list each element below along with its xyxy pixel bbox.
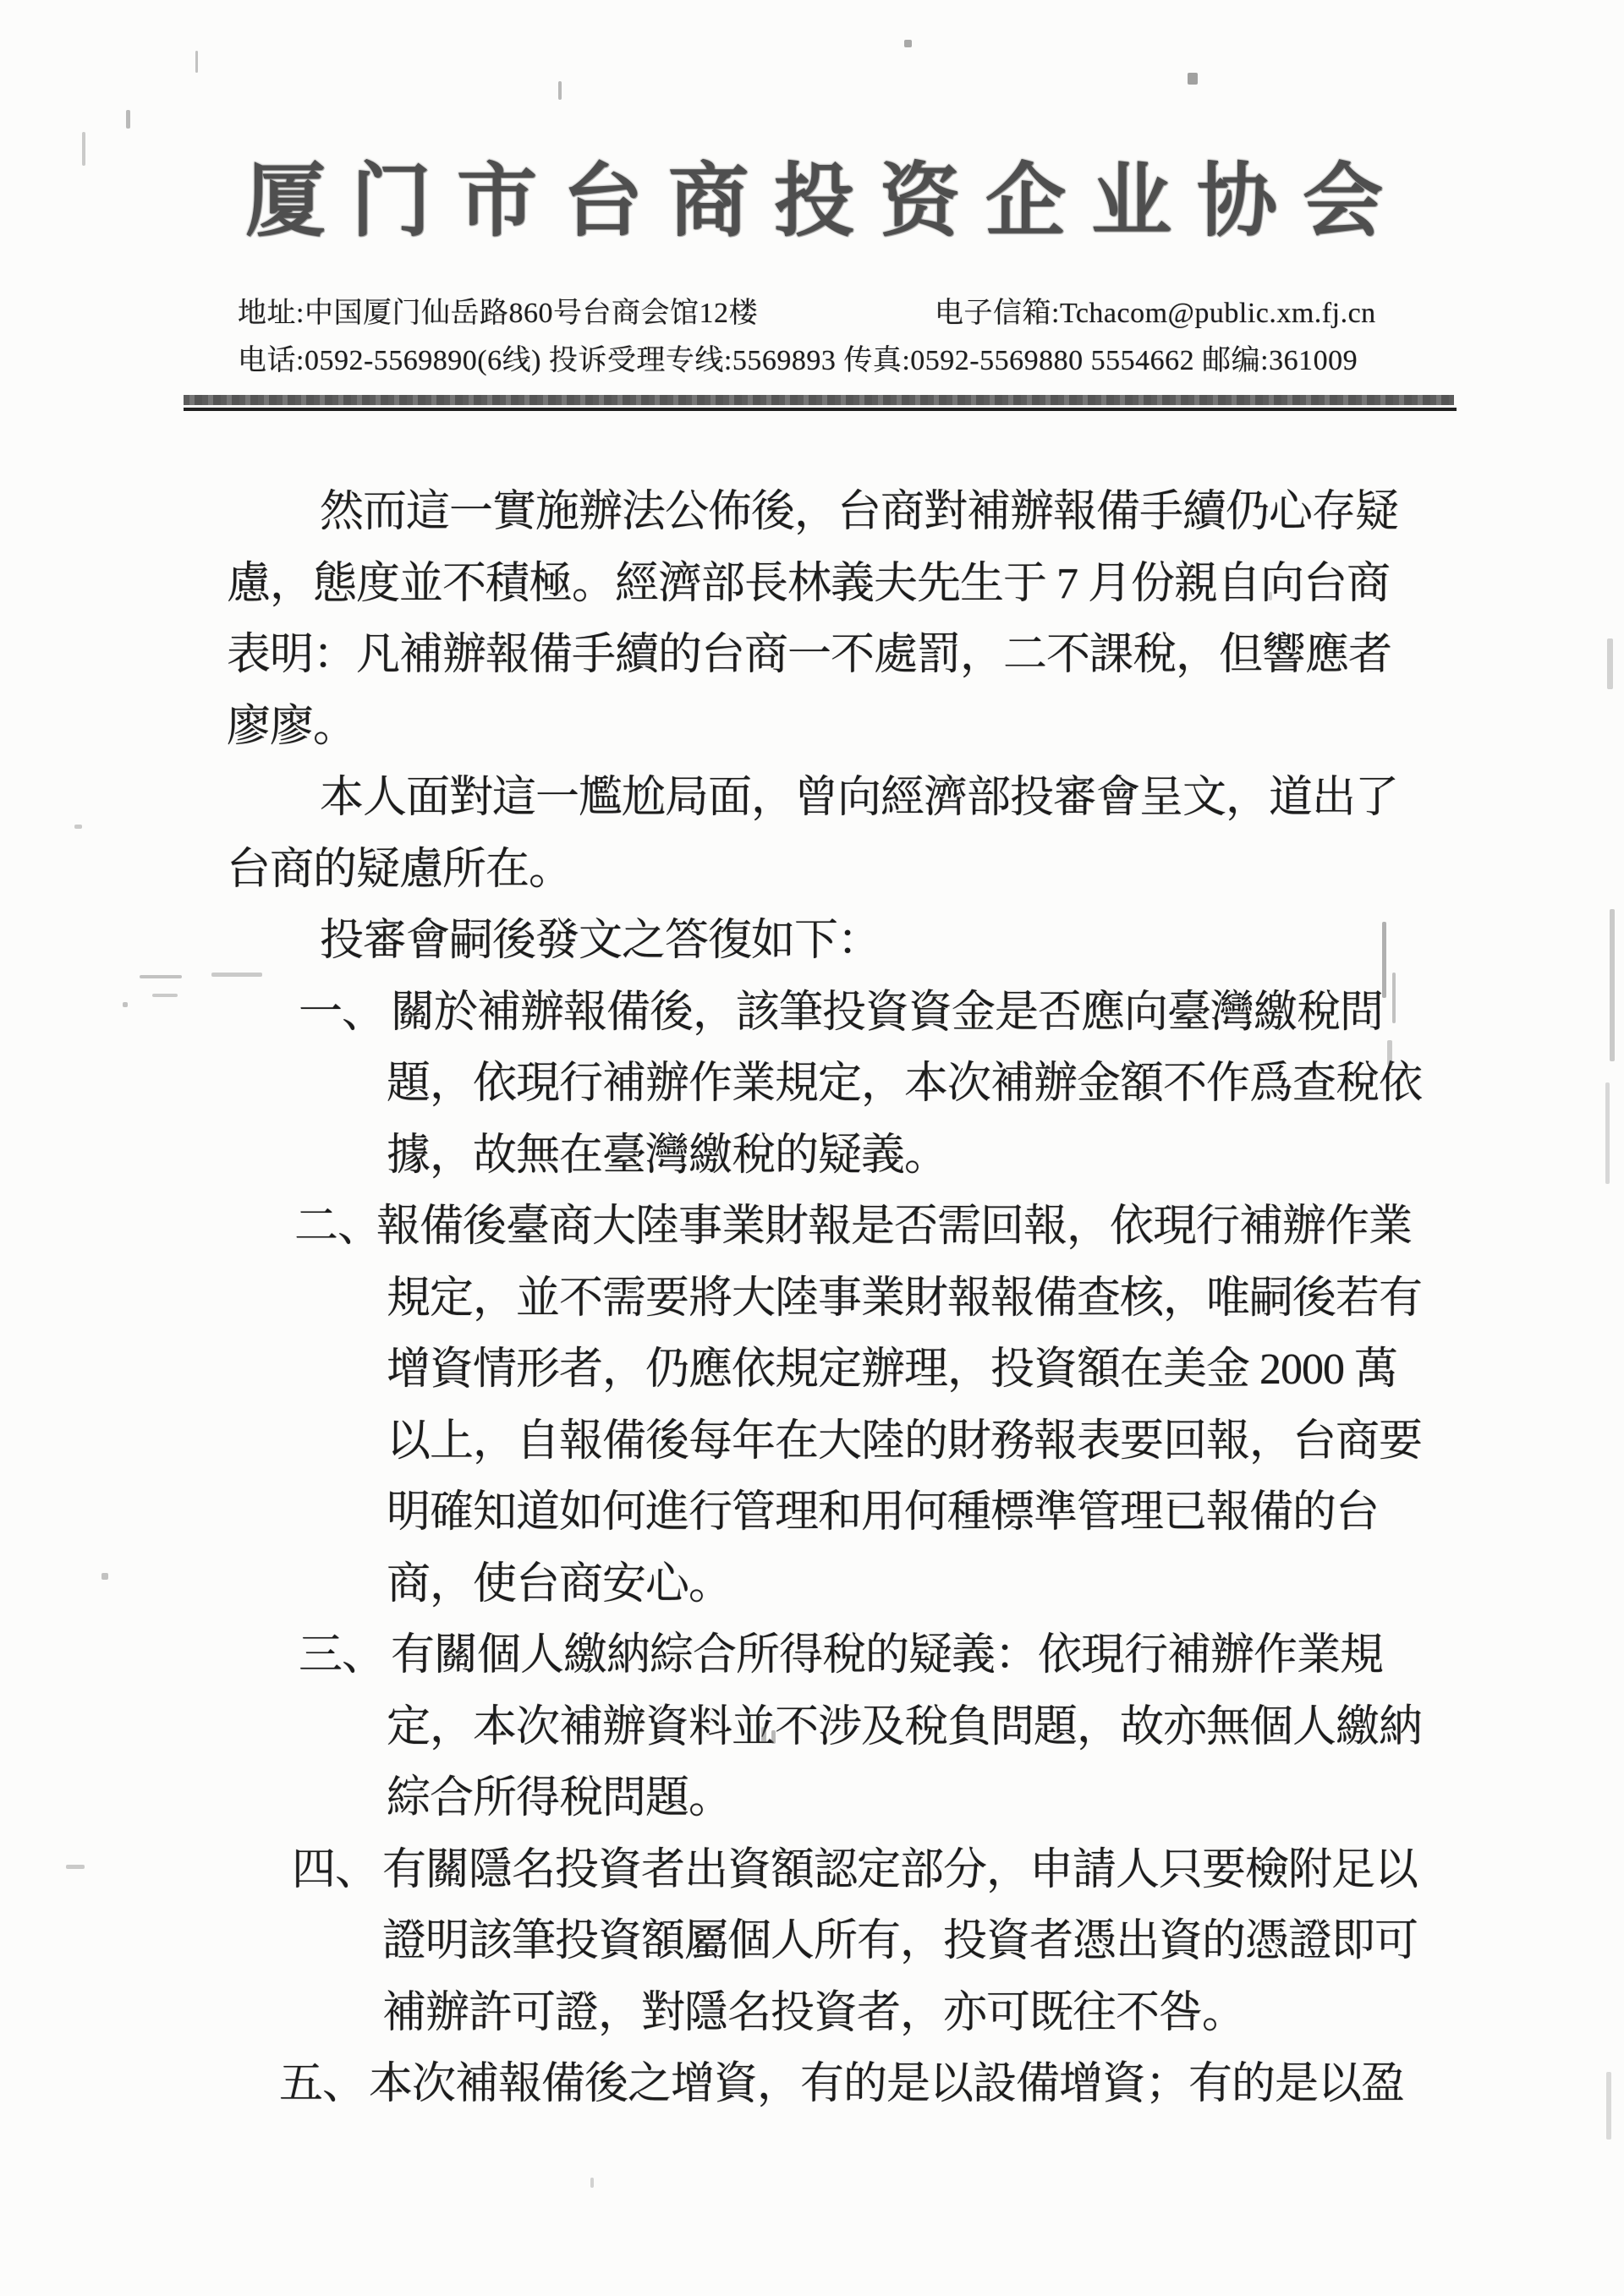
line-text: 廖廖。: [227, 700, 356, 754]
body-line-numbered: 四、有關隱名投資者出資額認定部分，申請人只要檢附足以: [0, 1844, 1624, 1904]
body-line: 然而這一實施辦法公佈後，台商對補辦報備手續仍心存疑: [0, 485, 1624, 546]
line-text: 補辦許可證，對隱名投資者，亦可既往不咎。: [382, 1986, 1245, 2041]
body-line: 廖廖。: [0, 700, 1624, 761]
line-text: 增資情形者，仍應依規定辦理，投資額在美金 2000 萬: [387, 1343, 1397, 1397]
line-text: 有關個人繳納綜合所得稅的疑義：依現行補辦作業規: [391, 1629, 1383, 1683]
body-line-numbered: 一、關於補辦報備後，該筆投資資金是否應向臺灣繳稅問: [0, 986, 1624, 1047]
phone-line: 电话:0592-5569890(6线) 投诉受理专线:5569893 传真:05…: [238, 337, 1358, 378]
body-line-numbered: 二、報備後臺商大陸事業財報是否需回報，依現行補辦作業: [0, 1200, 1624, 1261]
scan-speck: [140, 975, 182, 978]
body-line: 投審會嗣後發文之答復如下：: [0, 914, 1624, 975]
scan-speck: [126, 110, 130, 129]
body-line: 本人面對這一尷尬局面，曾向經濟部投審會呈文，道出了: [0, 771, 1624, 832]
scan-speck: [74, 825, 82, 829]
scan-speck: [771, 1730, 776, 1744]
body-line-numbered: 三、有關個人繳納綜合所得稅的疑義：依現行補辦作業規: [0, 1629, 1624, 1690]
line-text: 商，使台商安心。: [387, 1558, 732, 1612]
association-title: 厦门市台商投资企业协会: [245, 157, 1408, 246]
scan-speck: [761, 1727, 766, 1742]
body-line-numbered: 五、本次補報備後之增資，有的是以設備增資；有的是以盈: [0, 2058, 1624, 2118]
scan-speck: [1382, 922, 1386, 998]
email-line: 电子信箱:Tchacom@public.xm.fj.cn: [935, 289, 1376, 331]
line-text: 有關隱名投資者出資額認定部分，申請人只要檢附足以: [382, 1844, 1418, 1898]
body-line: 表明：凡補辦報備手續的台商一不處罰，二不課稅，但響應者: [0, 628, 1624, 689]
line-text: 證明該筆投資額屬個人所有，投資者憑出資的憑證即可: [382, 1915, 1418, 1969]
body-line: 據，故無在臺灣繳稅的疑義。: [0, 1129, 1624, 1190]
body-line: 以上，自報備後每年在大陸的財務報表要回報，台商要: [0, 1415, 1624, 1476]
scan-speck: [1606, 2072, 1611, 2140]
list-item-marker: 三、: [299, 1629, 385, 1683]
line-text: 本人面對這一尷尬局面，曾向經濟部投審會呈文，道出了: [320, 771, 1398, 825]
scan-speck: [195, 51, 198, 73]
scan-speck: [1387, 1040, 1392, 1066]
body-line: 商，使台商安心。: [0, 1558, 1624, 1619]
scan-speck: [1269, 592, 1272, 600]
scan-speck: [101, 1573, 108, 1580]
list-item-marker: 五、: [279, 2058, 365, 2112]
scan-speck: [123, 1002, 128, 1007]
line-text: 然而這一實施辦法公佈後，台商對補辦報備手續仍心存疑: [320, 485, 1398, 540]
divider-rule-thick: [184, 395, 1454, 405]
scan-speck: [1392, 973, 1396, 1023]
list-item-marker: 四、: [292, 1844, 378, 1898]
body-line: 證明該筆投資額屬個人所有，投資者憑出資的憑證即可: [0, 1915, 1624, 1975]
line-text: 以上，自報備後每年在大陸的財務報表要回報，台商要: [387, 1415, 1422, 1469]
body-line: 綜合所得稅問題。: [0, 1772, 1624, 1833]
list-item-marker: 一、: [299, 986, 385, 1040]
body-line: 規定，並不需要將大陸事業財報報備查核，唯嗣後若有: [0, 1272, 1624, 1333]
scan-speck: [66, 1865, 85, 1869]
line-text: 報備後臺商大陸事業財報是否需回報，依現行補辦作業: [376, 1200, 1412, 1254]
body-line: 增資情形者，仍應依規定辦理，投資額在美金 2000 萬: [0, 1343, 1624, 1404]
divider-rule-thin: [184, 408, 1457, 411]
body-line: 補辦許可證，對隱名投資者，亦可既往不咎。: [0, 1986, 1624, 2047]
line-text: 定，本次補辦資料並不涉及稅負問題，故亦無個人繳納: [387, 1701, 1422, 1755]
address-line: 地址:中国厦门仙岳路860号台商会馆12楼: [238, 289, 758, 331]
line-text: 明確知道如何進行管理和用何種標準管理已報備的台: [387, 1486, 1379, 1540]
scan-speck: [590, 2178, 594, 2188]
scan-speck: [1188, 73, 1198, 85]
scan-speck: [152, 994, 178, 997]
body-line: 台商的疑慮所在。: [0, 843, 1624, 904]
body-line: 題，依現行補辦作業規定，本次補辦金額不作爲查稅依: [0, 1057, 1624, 1118]
scan-speck: [1605, 1082, 1610, 1184]
line-text: 關於補辦報備後，該筆投資資金是否應向臺灣繳稅問: [391, 986, 1383, 1040]
body-line: 明確知道如何進行管理和用何種標準管理已報備的台: [0, 1486, 1624, 1547]
line-text: 綜合所得稅問題。: [387, 1772, 732, 1826]
line-text: 規定，並不需要將大陸事業財報報備查核，唯嗣後若有: [387, 1272, 1422, 1326]
line-text: 慮，態度並不積極。經濟部長林義夫先生于 7 月份親自向台商: [227, 557, 1390, 611]
line-text: 表明：凡補辦報備手續的台商一不處罰，二不課稅，但響應者: [227, 628, 1391, 682]
scan-speck: [904, 40, 912, 47]
line-text: 投審會嗣後發文之答復如下：: [320, 914, 881, 968]
scan-speck: [558, 81, 562, 100]
line-text: 台商的疑慮所在。: [227, 843, 572, 897]
document-page: 厦门市台商投资企业协会 地址:中国厦门仙岳路860号台商会馆12楼 电子信箱:T…: [0, 0, 1624, 2296]
line-text: 本次補報備後之增資，有的是以設備增資；有的是以盈: [369, 2058, 1404, 2112]
scan-speck: [82, 132, 85, 166]
body-line: 慮，態度並不積極。經濟部長林義夫先生于 7 月份親自向台商: [0, 557, 1624, 618]
line-text: 據，故無在臺灣繳稅的疑義。: [387, 1129, 947, 1183]
scan-speck: [1607, 638, 1613, 689]
scan-speck: [211, 973, 262, 977]
body-line: 定，本次補辦資料並不涉及稅負問題，故亦無個人繳納: [0, 1701, 1624, 1762]
list-item-marker: 二、: [294, 1200, 381, 1254]
scan-speck: [1610, 909, 1615, 1061]
line-text: 題，依現行補辦作業規定，本次補辦金額不作爲查稅依: [387, 1057, 1422, 1111]
